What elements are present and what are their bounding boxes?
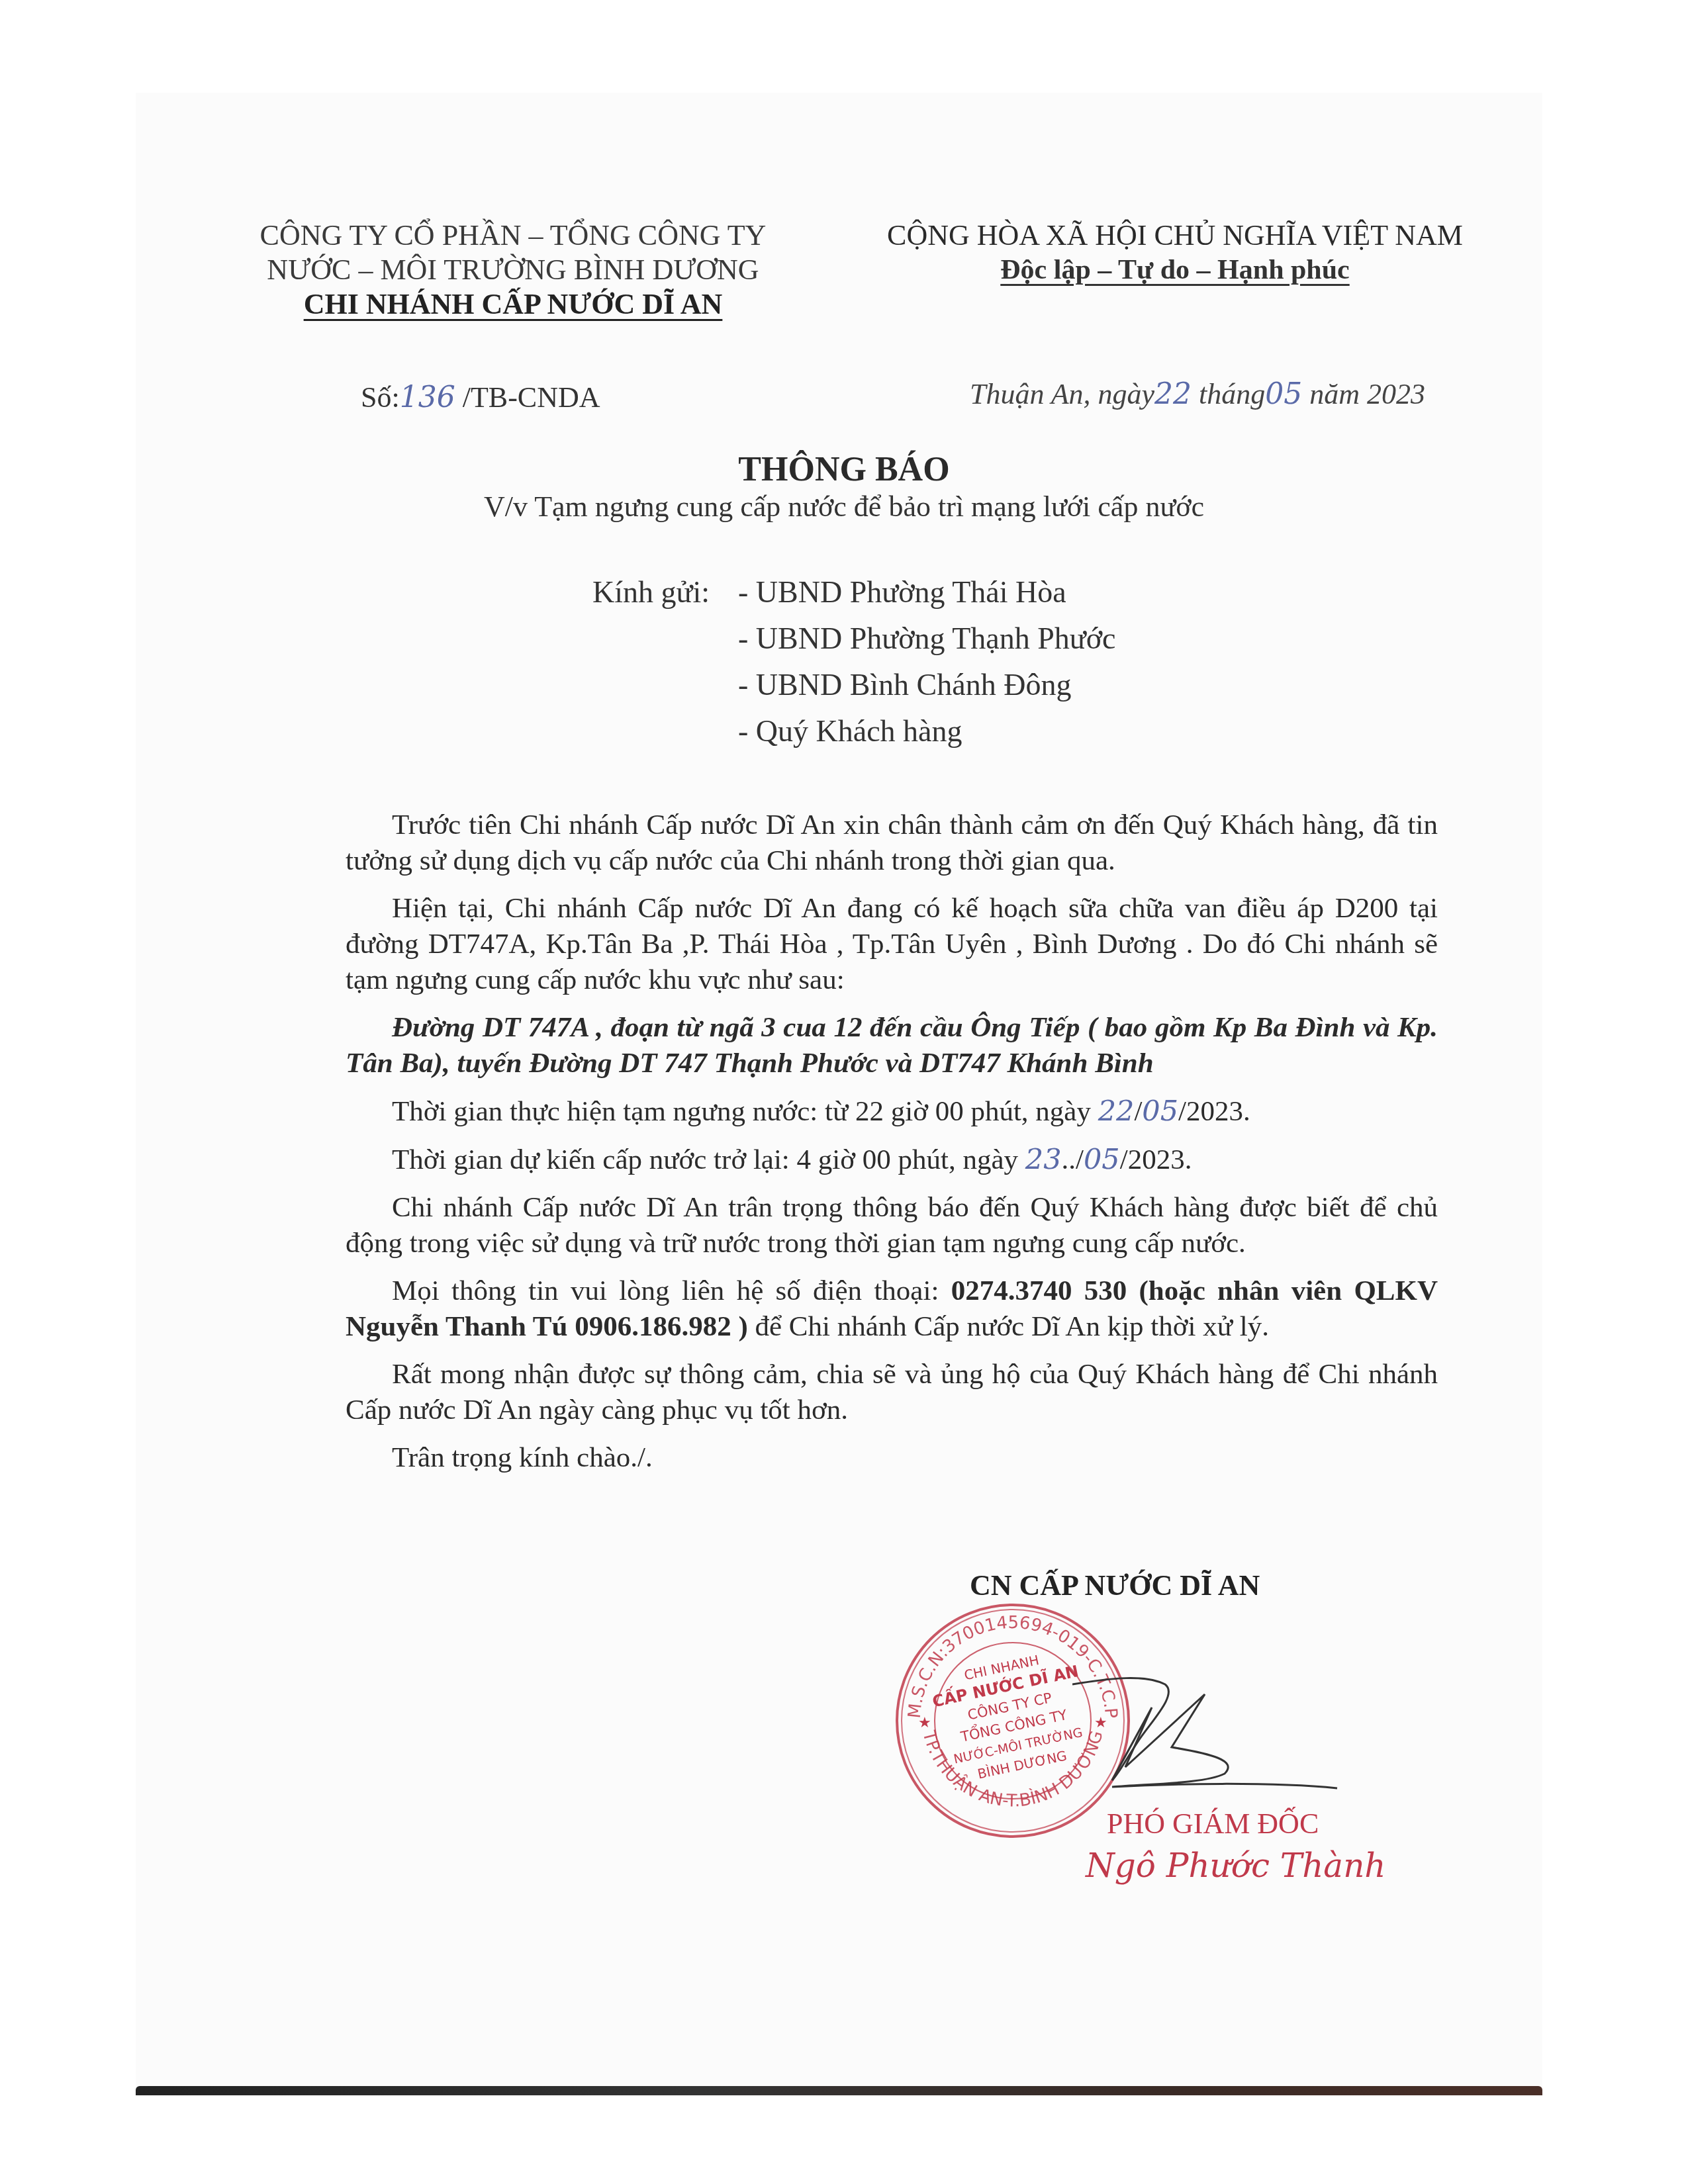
closing-line: Trân trọng kính chào./. <box>346 1440 1438 1476</box>
place-date: Thuận An, ngày22 tháng05 năm 2023 <box>970 377 1425 411</box>
recipient-item: - UBND Phường Thạnh Phước <box>592 615 1115 662</box>
paragraph-plan: Hiện tại, Chi nhánh Cấp nước Dĩ An đang … <box>346 891 1438 998</box>
handwritten-start-day: 22 <box>1098 1095 1135 1128</box>
start-prefix: Thời gian thực hiện tạm ngưng nước: từ 2… <box>392 1096 1098 1127</box>
nation-name: CỘNG HÒA XÃ HỘI CHỦ NGHĨA VIỆT NAM <box>827 218 1523 253</box>
handwritten-end-month: 05 <box>1084 1143 1120 1176</box>
national-header: CỘNG HÒA XÃ HỘI CHỦ NGHĨA VIỆT NAM Độc l… <box>827 218 1523 287</box>
recipients-label: Kính gửi: <box>592 569 738 615</box>
document-number: Số:136 /TB-CNDA <box>361 381 600 414</box>
month-label: tháng <box>1192 378 1265 410</box>
paragraph-appreciation: Rất mong nhận được sự thông cảm, chia sẽ… <box>346 1357 1438 1428</box>
issuer-header: CÔNG TY CỔ PHẦN – TỔNG CÔNG TY NƯỚC – MÔ… <box>228 218 798 322</box>
document-subject: V/v Tạm ngưng cung cấp nước để bảo trì m… <box>0 490 1688 523</box>
handwritten-month: 05 <box>1265 377 1302 411</box>
recipient-item: - UBND Bình Chánh Đông <box>592 662 1115 708</box>
doc-number-handwritten: 136 <box>400 381 455 414</box>
svg-text:★: ★ <box>918 1714 931 1731</box>
affected-area: Đường DT 747A , đoạn từ ngã 3 cua 12 đến… <box>346 1010 1438 1081</box>
paragraph-contact: Mọi thông tin vui lòng liên hệ số điện t… <box>346 1273 1438 1345</box>
paragraph-thanks: Trước tiên Chi nhánh Cấp nước Dĩ An xin … <box>346 807 1438 879</box>
handwritten-start-month: 05 <box>1142 1095 1178 1128</box>
place-label: Thuận An, ngày <box>970 378 1154 410</box>
end-year: 2023. <box>1128 1144 1192 1175</box>
issuer-branch: CHI NHÁNH CẤP NƯỚC DĨ AN <box>228 287 798 322</box>
issuer-org-line1: CÔNG TY CỔ PHẦN – TỔNG CÔNG TY <box>228 218 798 253</box>
signer-name: Ngô Phước Thành <box>1086 1846 1386 1885</box>
interruption-start: Thời gian thực hiện tạm ngưng nước: từ 2… <box>346 1093 1438 1130</box>
signer-title: PHÓ GIÁM ĐỐC <box>1107 1807 1319 1841</box>
end-prefix: Thời gian dự kiến cấp nước trở lại: 4 gi… <box>392 1144 1025 1175</box>
signing-organization: CN CẤP NƯỚC DĨ AN <box>970 1569 1260 1602</box>
document-title: THÔNG BÁO <box>0 450 1688 489</box>
year-label: năm 2023 <box>1302 378 1425 410</box>
page-shadow-edge <box>136 2086 1542 2095</box>
national-motto: Độc lập – Tự do – Hạnh phúc <box>827 253 1523 287</box>
service-resume: Thời gian dự kiến cấp nước trở lại: 4 gi… <box>346 1142 1438 1178</box>
contact-suffix: để Chi nhánh Cấp nước Dĩ An kịp thời xử … <box>748 1311 1269 1342</box>
handwritten-end-day: 23 <box>1025 1143 1062 1176</box>
recipients-block: Kính gửi:- UBND Phường Thái Hòa - UBND P… <box>592 569 1115 754</box>
paragraph-inform: Chi nhánh Cấp nước Dĩ An trân trọng thôn… <box>346 1190 1438 1261</box>
contact-prefix: Mọi thông tin vui lòng liên hệ số điện t… <box>392 1275 951 1306</box>
recipient-item: - Quý Khách hàng <box>592 708 1115 754</box>
start-year: 2023. <box>1186 1096 1250 1127</box>
doc-number-prefix: Số: <box>361 381 400 414</box>
notice-body: Trước tiên Chi nhánh Cấp nước Dĩ An xin … <box>346 807 1438 1488</box>
recipient-item: - UBND Phường Thái Hòa <box>738 575 1066 609</box>
issuer-org-line2: NƯỚC – MÔI TRƯỜNG BÌNH DƯƠNG <box>228 253 798 287</box>
handwritten-signature-icon <box>1072 1668 1350 1800</box>
handwritten-day: 22 <box>1154 377 1192 411</box>
doc-number-suffix: /TB-CNDA <box>455 381 600 414</box>
